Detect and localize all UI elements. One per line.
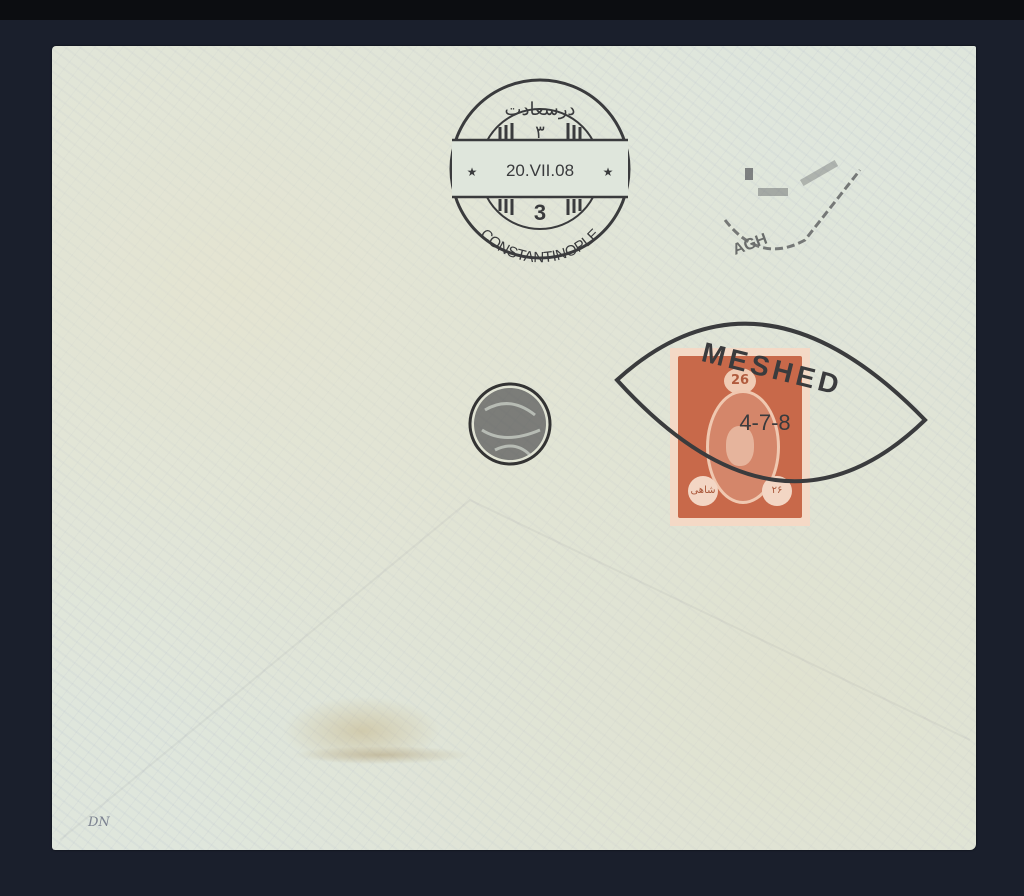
- postmark-date: 4-7-8: [739, 410, 790, 435]
- meshed-postmark: MESHED 4-7-8: [617, 324, 925, 482]
- meshed-postmark-layer: MESHED 4-7-8: [0, 0, 1024, 896]
- pencil-annotation: DN: [88, 815, 110, 830]
- postmark-city: MESHED: [699, 336, 846, 401]
